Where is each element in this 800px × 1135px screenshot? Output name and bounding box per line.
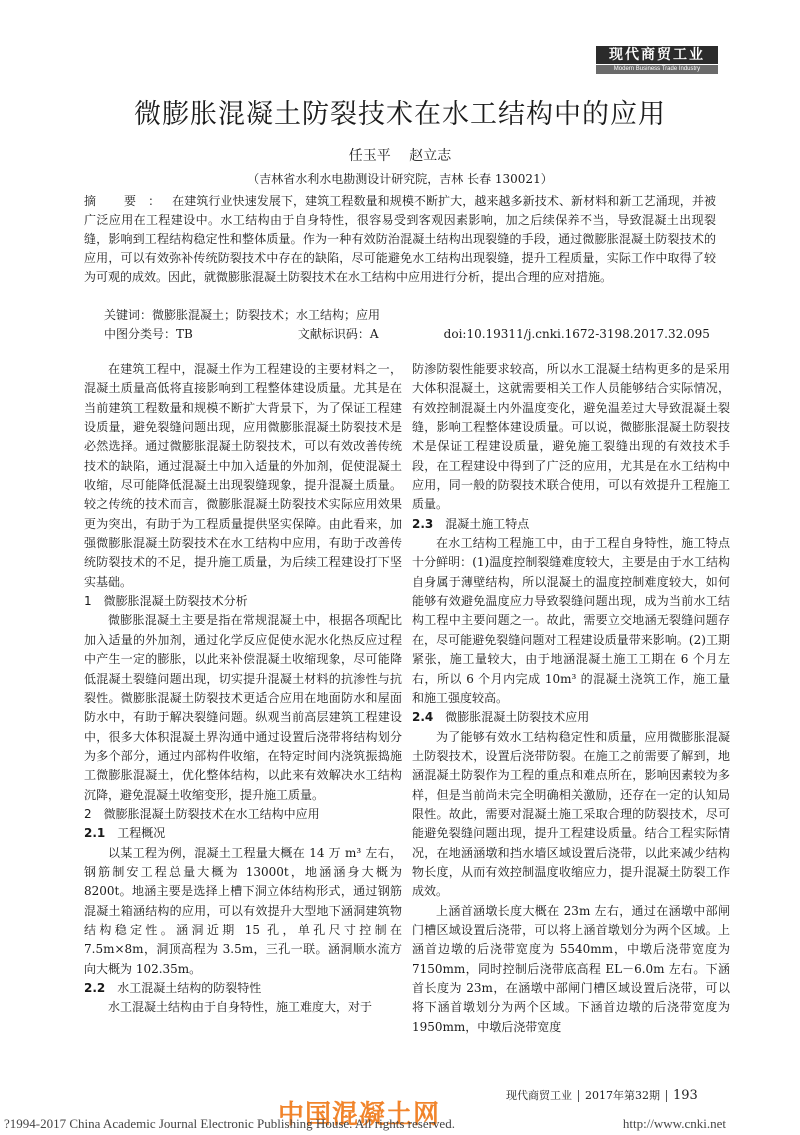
footer-divider <box>666 1090 667 1102</box>
footer-divider <box>578 1090 579 1102</box>
abstract-label: 摘 要： <box>84 194 172 208</box>
copyright-line: ?1994-2017 China Academic Journal Electr… <box>4 1116 796 1132</box>
footer-journal-name: 现代商贸工业 <box>506 1089 572 1102</box>
body-column-right: 防渗防裂性能要求较高，所以水工混凝土结构更多的是采用大体积混凝土，这就需要相关工… <box>412 360 730 1037</box>
footer-issue: 2017年第32期 <box>585 1089 660 1102</box>
doc-code-value: A <box>370 325 379 344</box>
subsection-2-4-paragraph-b: 上涵首涵墩长度大概在 23m 左右，通过在涵墩中部闸门槽区域设置后浇带，可以将上… <box>412 902 730 1037</box>
subsection-2-2-continued: 防渗防裂性能要求较高，所以水工混凝土结构更多的是采用大体积混凝土，这就需要相关工… <box>412 360 730 515</box>
subsection-heading-2-4: 2.4微膨胀混凝土防裂技术应用 <box>412 708 730 727</box>
body-column-left: 在建筑工程中，混凝土作为工程建设的主要材料之一，混凝土质量高低将直接影响到工程整… <box>84 360 402 1018</box>
keywords-label: 关键词： <box>104 308 152 322</box>
subsection-heading-2-1: 2.1工程概况 <box>84 824 402 843</box>
abstract: 摘 要：在建筑行业快速发展下，建筑工程数量和规模不断扩大，越来越多新技术、新材料… <box>84 192 716 287</box>
doi: doi:10.19311/j.cnki.1672-3198.2017.32.09… <box>444 325 710 344</box>
section-1-paragraph: 微膨胀混凝土主要是指在常规混凝土中，根据各项配比加入适量的外加剂，通过化学反应促… <box>84 611 402 804</box>
cnki-link[interactable]: http://www.cnki.net <box>623 1116 726 1132</box>
subsection-heading-2-2: 2.2水工混凝土结构的防裂特性 <box>84 979 402 998</box>
section-heading-2: 2 微膨胀混凝土防裂技术在水工结构中应用 <box>84 805 402 824</box>
article-authors: 任玉平 赵立志 <box>0 145 800 165</box>
article-title: 微膨胀混凝土防裂技术在水工结构中的应用 <box>0 92 800 131</box>
author-affiliation: （吉林省水利水电勘测设计研究院，吉林 长春 130021） <box>0 170 800 187</box>
clc-value: TB <box>176 325 193 344</box>
subsection-2-4-paragraph-a: 为了能够有效水工结构稳定性和质量，应用微膨胀混凝土防裂技术，设置后浇带防裂。在施… <box>412 728 730 902</box>
subsection-2-2-paragraph: 水工混凝土结构由于自身特性，施工难度大，对于 <box>84 998 402 1017</box>
clc-label: 中图分类号： <box>104 325 176 344</box>
journal-masthead: 现代商贸工业 Modern Business Trade Industry <box>596 46 718 76</box>
subsection-heading-2-3: 2.3混凝土施工特点 <box>412 515 730 534</box>
subsection-2-1-paragraph: 以某工程为例，混凝土工程量大概在 14 万 m³ 左右，钢筋制安工程总量大概为 … <box>84 844 402 979</box>
page-footer: 现代商贸工业2017年第32期193 <box>506 1087 718 1103</box>
classification-line: 中图分类号：TB 文献标识码：A doi:10.19311/j.cnki.167… <box>104 325 716 344</box>
page-number: 193 <box>673 1088 698 1103</box>
abstract-text: 在建筑行业快速发展下，建筑工程数量和规模不断扩大，越来越多新技术、新材料和新工艺… <box>84 194 716 284</box>
section-heading-1: 1 微膨胀混凝土防裂技术分析 <box>84 592 402 611</box>
keywords: 关键词：微膨胀混凝土；防裂技术；水工结构；应用 <box>104 306 716 325</box>
doc-code-label: 文献标识码： <box>298 325 370 344</box>
subsection-2-3-paragraph: 在水工结构工程施工中，由于工程自身特性，施工特点十分鲜明：(1)温度控制裂缝难度… <box>412 534 730 708</box>
masthead-title: 现代商贸工业 <box>596 46 718 64</box>
masthead-subtitle: Modern Business Trade Industry <box>596 65 718 74</box>
copyright-text: ?1994-2017 China Academic Journal Electr… <box>4 1116 455 1131</box>
intro-paragraph: 在建筑工程中，混凝土作为工程建设的主要材料之一，混凝土质量高低将直接影响到工程整… <box>84 360 402 592</box>
keywords-text: 微膨胀混凝土；防裂技术；水工结构；应用 <box>152 308 380 322</box>
